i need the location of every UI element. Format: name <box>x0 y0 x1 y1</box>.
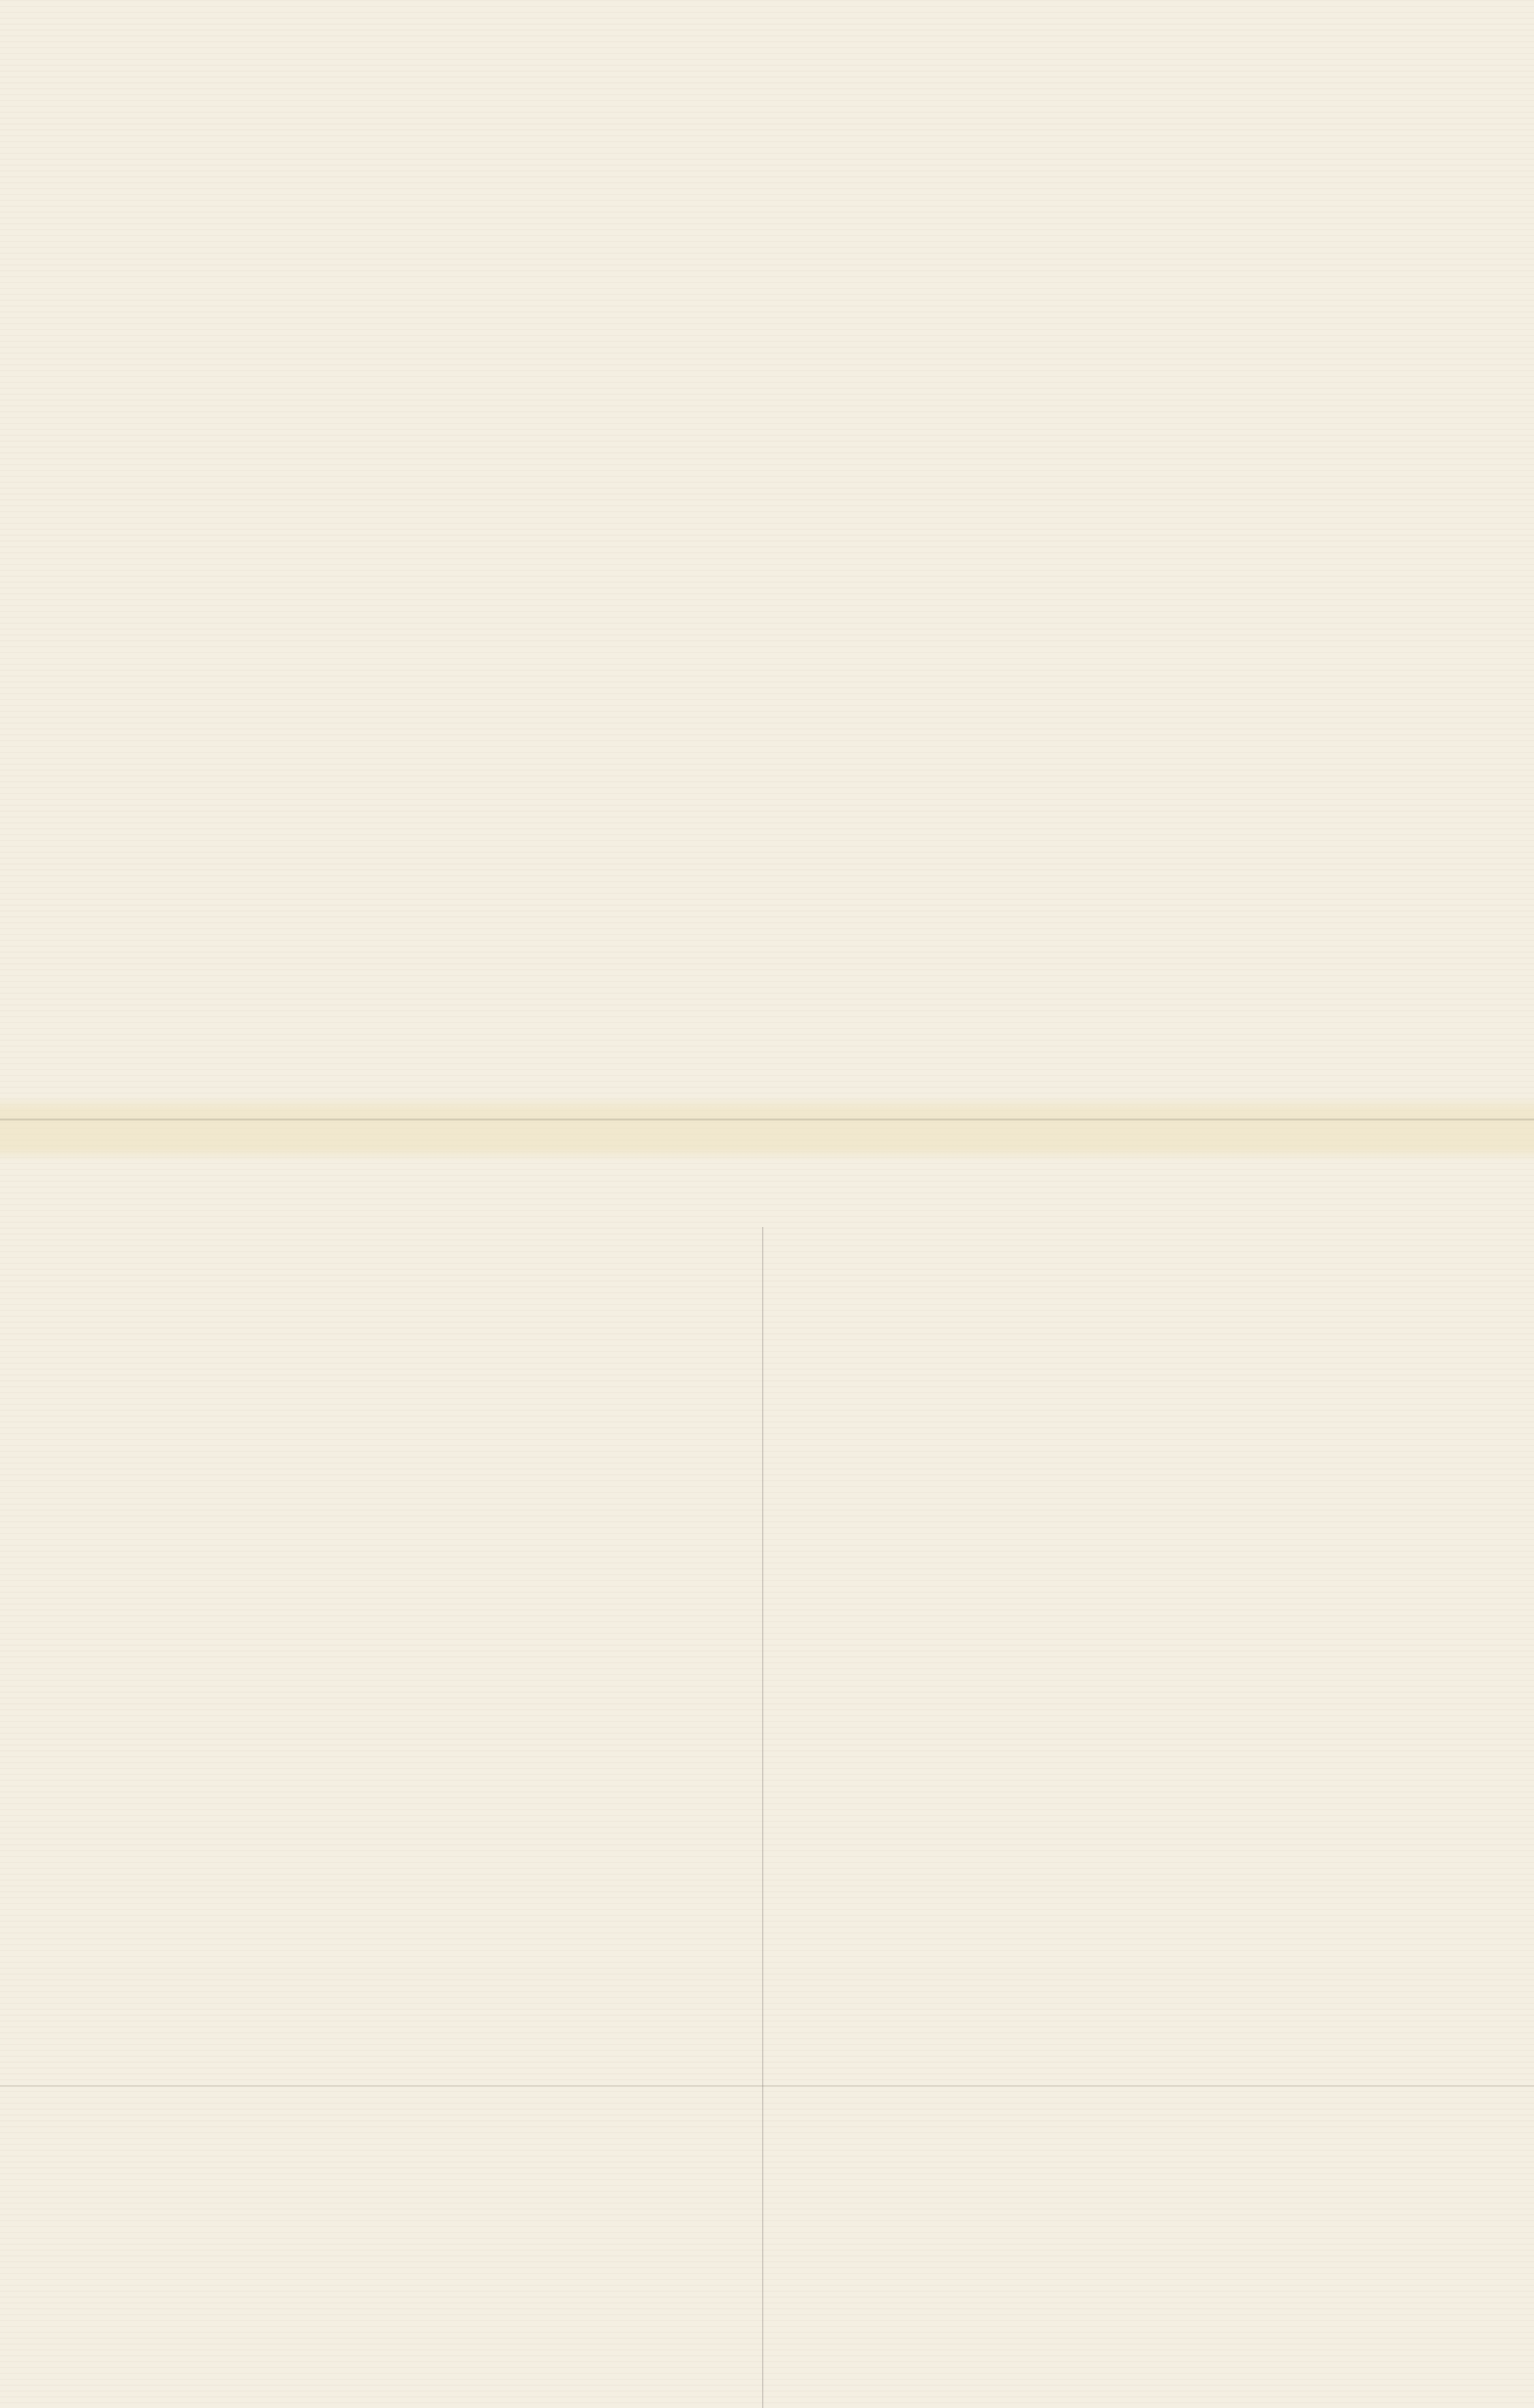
paper-fold-horizontal-lower <box>0 2085 1534 2087</box>
manuscript-page <box>0 0 1534 2408</box>
paper-fold-vertical <box>762 1227 763 2408</box>
paper-fold-horizontal <box>0 1119 1534 1120</box>
